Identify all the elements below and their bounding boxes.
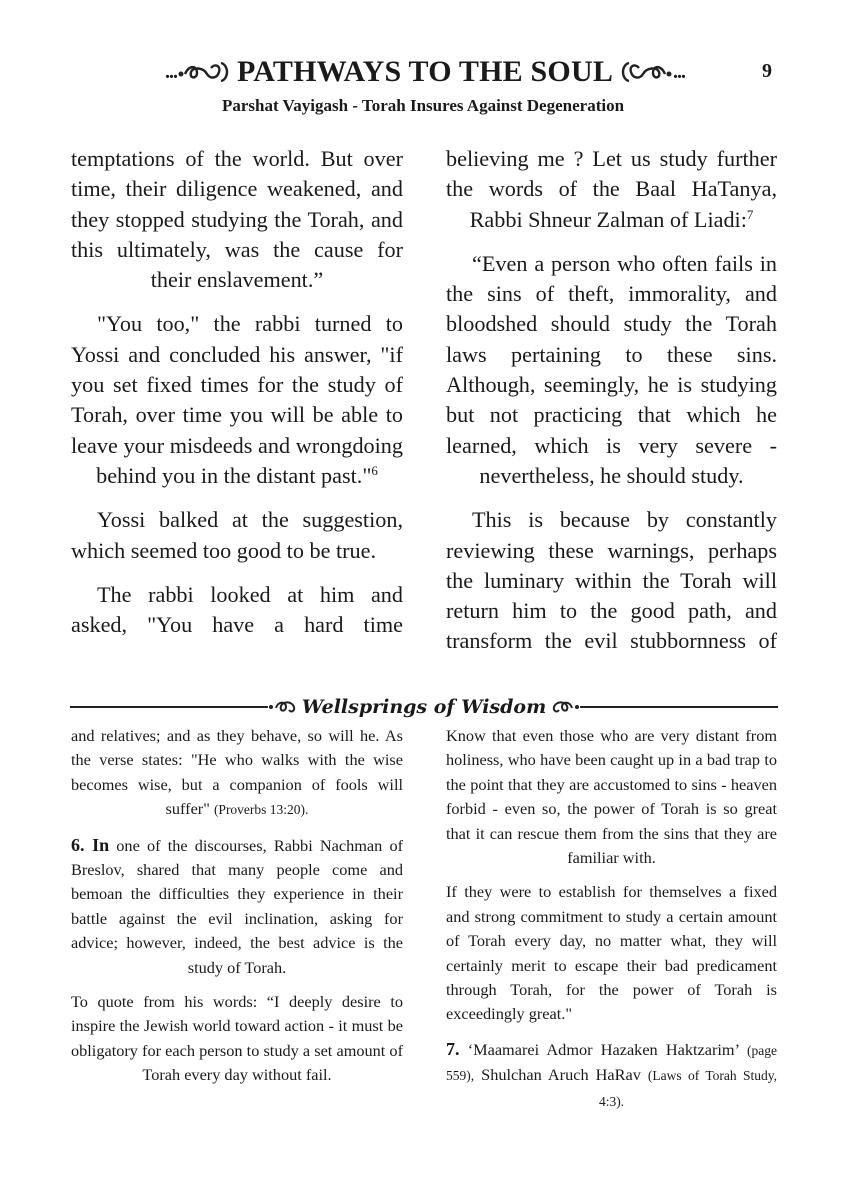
left-ornament: ... <box>165 59 231 85</box>
footnotes-divider: Wellsprings of Wisdom <box>70 694 778 720</box>
paragraph: The rabbi looked at him and asked, "You … <box>71 580 403 641</box>
paragraph-text: temptations of the world. But over time,… <box>71 146 403 292</box>
section-label: Wellsprings of Wisdom <box>302 696 546 718</box>
swirl-left-icon <box>258 698 298 716</box>
footnote-ref[interactable]: 7 <box>747 207 754 222</box>
paragraph-text: “Even a person who often fails in the si… <box>446 251 777 488</box>
footnote-paragraph: and relatives; and as they behave, so wi… <box>71 724 403 823</box>
footnotes-left-column: and relatives; and as they behave, so wi… <box>71 724 403 1098</box>
chapter-subtitle: Parshat Vayigash - Torah Insures Against… <box>0 96 846 116</box>
ornament-dots: ... <box>165 61 177 84</box>
right-ornament: ... <box>619 59 685 85</box>
source-title: ‘Maamarei Admor Hazaken Haktzarim’ <box>460 1040 748 1059</box>
paragraph-text: believing me ? Let us study further the … <box>446 146 777 232</box>
paragraph: temptations of the world. But over time,… <box>71 144 403 295</box>
scroll-flourish-icon <box>619 59 673 85</box>
paragraph-text: Yossi balked at the suggestion, which se… <box>71 507 403 562</box>
swirl-right-icon <box>550 698 590 716</box>
running-title: ... PATHWAYS TO THE SOUL ... <box>130 52 720 92</box>
citation: (Proverbs 13:20). <box>214 802 309 817</box>
paragraph: believing me ? Let us study further the … <box>446 144 777 235</box>
main-text-right-column: believing me ? Let us study further the … <box>446 144 777 671</box>
footnotes-right-column: Know that even those who are very distan… <box>446 724 777 1124</box>
paragraph-text: This is because by constantly reviewing … <box>446 507 777 653</box>
footnote-paragraph: If they were to establish for themselves… <box>446 880 777 1026</box>
footnote-7: 7. ‘Maamarei Admor Hazaken Haktzarim’ (p… <box>446 1037 777 1114</box>
footnote-text: one of the discourses, Rabbi Nachman of … <box>71 836 403 977</box>
footnote-number: 6. In <box>71 835 109 855</box>
paragraph: This is because by constantly reviewing … <box>446 505 777 656</box>
page-number: 9 <box>762 60 772 83</box>
paragraph: "You too," the rabbi turned to Yossi and… <box>71 309 403 491</box>
ornament-dots: ... <box>673 61 685 84</box>
scroll-flourish-icon <box>177 59 231 85</box>
footnote-ref[interactable]: 6 <box>371 463 378 478</box>
paragraph-text: The rabbi looked at him and asked, "You … <box>71 582 403 637</box>
source-title: Shulchan Aruch HaRav <box>474 1065 648 1084</box>
paragraph: “Even a person who often fails in the si… <box>446 249 777 491</box>
paragraph: Yossi balked at the suggestion, which se… <box>71 505 403 566</box>
footnote-text: Know that even those who are very distan… <box>446 726 777 867</box>
main-text-left-column: temptations of the world. But over time,… <box>71 144 403 654</box>
footnote-paragraph: Know that even those who are very distan… <box>446 724 777 870</box>
footnote-number: 7. <box>446 1039 460 1059</box>
book-title: PATHWAYS TO THE SOUL <box>237 55 613 89</box>
footnote-text: To quote from his words: “I deeply desir… <box>71 992 403 1084</box>
footnote-paragraph: To quote from his words: “I deeply desir… <box>71 990 403 1088</box>
paragraph-text: "You too," the rabbi turned to Yossi and… <box>71 311 403 487</box>
divider-line-left <box>70 706 258 708</box>
footnote-text: If they were to establish for themselves… <box>446 882 777 1023</box>
divider-line-right <box>590 706 778 708</box>
footnote-6: 6. In one of the discourses, Rabbi Nachm… <box>71 833 403 980</box>
